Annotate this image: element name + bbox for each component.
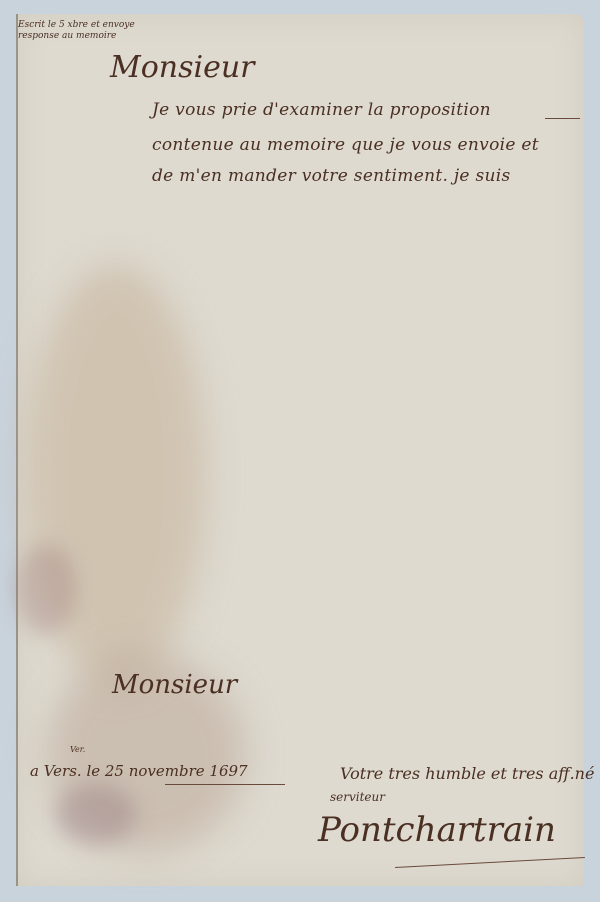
body-line-1: Je vous prie d'examiner la proposition [152, 100, 491, 120]
body-line-2: contenue au memoire que je vous envoie e… [152, 135, 539, 155]
salutation: Monsieur [110, 50, 255, 85]
dateline-rule [165, 784, 285, 785]
signature: Pontchartrain [318, 810, 556, 850]
closing-salutation: Monsieur [112, 670, 237, 700]
closing-servant: serviteur [330, 790, 385, 804]
margin-note-line-1: Escrit le 5 xbre et envoye [18, 20, 135, 31]
ink-blot-left [16, 544, 76, 634]
margin-note-line-2: response au memoire [18, 31, 135, 42]
body-line-3: de m'en mander votre sentiment. je suis [152, 166, 511, 186]
closing-formula: Votre tres humble et tres aff.né [340, 764, 594, 783]
ink-blot [56, 784, 136, 844]
line-filler-rule [545, 118, 580, 119]
dateline: a Vers. le 25 novembre 1697 [30, 762, 248, 780]
dateline-superscript: Ver. [70, 745, 85, 754]
margin-note: Escrit le 5 xbre et envoye response au m… [18, 20, 135, 42]
